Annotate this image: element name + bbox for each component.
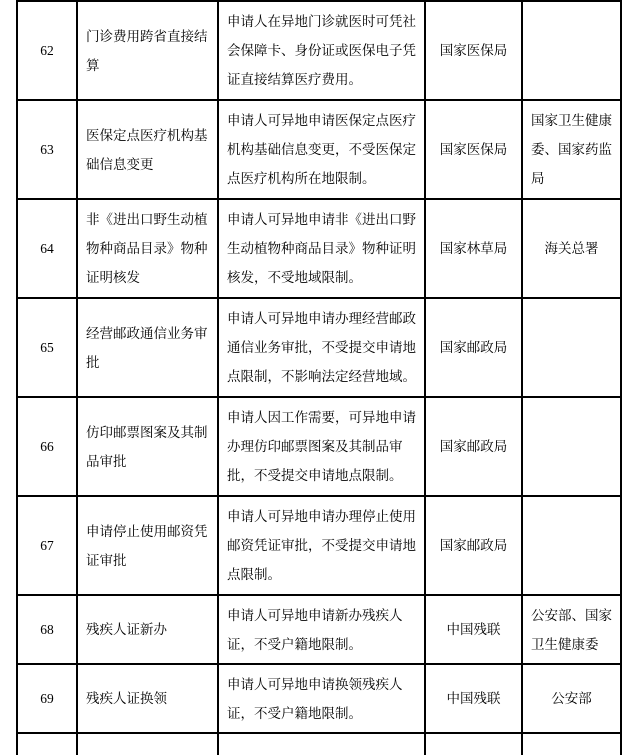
row-number-cell: 69: [17, 664, 77, 733]
agency-cell: 中国残联: [425, 595, 522, 664]
co-agency-cell: 公安部: [522, 664, 621, 733]
service-name-cell: 残疾人证新办: [77, 595, 218, 664]
row-number-cell: 66: [17, 397, 77, 496]
row-number-cell: 62: [17, 1, 77, 100]
agency-cell: 国家邮政局: [425, 496, 522, 595]
co-agency-cell: 公安部、国家 卫生健康委: [522, 595, 621, 664]
service-desc-cell: 申请人可异地申请医保定点医疗 机构基础信息变更，不受医保定 点医疗机构所在地限制…: [218, 100, 425, 199]
agency-cell: 国家邮政局: [425, 397, 522, 496]
table-row: 69 残疾人证换领 申请人可异地申请换领残疾人 证，不受户籍地限制。 中国残联 …: [17, 664, 621, 733]
row-number-cell: 63: [17, 100, 77, 199]
cross-region-services-table: 62 门诊费用跨省直接结 算 申请人在异地门诊就医时可凭社 会保障卡、身份证或医…: [16, 0, 622, 755]
co-agency-cell: 海关总署: [522, 199, 621, 298]
document-page: { "table": { "rows": [ { "num": "62", "n…: [0, 0, 639, 755]
service-desc-cell: 申请人可异地申请办理经营邮政 通信业务审批，不受提交申请地 点限制，不影响法定经…: [218, 298, 425, 397]
clipped-next-row: [17, 733, 621, 755]
co-agency-cell: [522, 733, 621, 755]
row-number-cell: 68: [17, 595, 77, 664]
service-desc-cell: 申请人在异地门诊就医时可凭社 会保障卡、身份证或医保电子凭 证直接结算医疗费用。: [218, 1, 425, 100]
row-number-cell: 64: [17, 199, 77, 298]
service-name-cell: 医保定点医疗机构基 础信息变更: [77, 100, 218, 199]
table-row: 64 非《进出口野生动植 物种商品目录》物种 证明核发 申请人可异地申请非《进出…: [17, 199, 621, 298]
service-desc-cell: 申请人可异地申请换领残疾人 证，不受户籍地限制。: [218, 664, 425, 733]
co-agency-cell: 国家卫生健康 委、国家药监 局: [522, 100, 621, 199]
co-agency-cell: [522, 397, 621, 496]
co-agency-cell: [522, 298, 621, 397]
service-desc-cell: 申请人可异地申请非《进出口野 生动植物种商品目录》物种证明 核发，不受地域限制。: [218, 199, 425, 298]
table-row: 68 残疾人证新办 申请人可异地申请新办残疾人 证，不受户籍地限制。 中国残联 …: [17, 595, 621, 664]
co-agency-cell: [522, 496, 621, 595]
table-row: 63 医保定点医疗机构基 础信息变更 申请人可异地申请医保定点医疗 机构基础信息…: [17, 100, 621, 199]
agency-cell: [425, 733, 522, 755]
co-agency-cell: [522, 1, 621, 100]
service-name-cell: 残疾人证换领: [77, 664, 218, 733]
service-desc-cell: [218, 733, 425, 755]
service-desc-cell: 申请人因工作需要，可异地申请 办理仿印邮票图案及其制品审 批，不受提交申请地点限…: [218, 397, 425, 496]
service-name-cell: 仿印邮票图案及其制 品审批: [77, 397, 218, 496]
table-row: 66 仿印邮票图案及其制 品审批 申请人因工作需要，可异地申请 办理仿印邮票图案…: [17, 397, 621, 496]
service-name-cell: 门诊费用跨省直接结 算: [77, 1, 218, 100]
agency-cell: 国家医保局: [425, 1, 522, 100]
service-name-cell: 非《进出口野生动植 物种商品目录》物种 证明核发: [77, 199, 218, 298]
agency-cell: 国家林草局: [425, 199, 522, 298]
table-row: 67 申请停止使用邮资凭 证审批 申请人可异地申请办理停止使用 邮资凭证审批，不…: [17, 496, 621, 595]
row-number-cell: 65: [17, 298, 77, 397]
row-number-cell: 67: [17, 496, 77, 595]
service-name-cell: [77, 733, 218, 755]
service-desc-cell: 申请人可异地申请办理停止使用 邮资凭证审批，不受提交申请地 点限制。: [218, 496, 425, 595]
table-row: 62 门诊费用跨省直接结 算 申请人在异地门诊就医时可凭社 会保障卡、身份证或医…: [17, 1, 621, 100]
row-number-cell: [17, 733, 77, 755]
agency-cell: 国家医保局: [425, 100, 522, 199]
cross-region-services-table-wrap: 62 门诊费用跨省直接结 算 申请人在异地门诊就医时可凭社 会保障卡、身份证或医…: [16, 0, 622, 755]
service-name-cell: 经营邮政通信业务审 批: [77, 298, 218, 397]
table-row: 65 经营邮政通信业务审 批 申请人可异地申请办理经营邮政 通信业务审批，不受提…: [17, 298, 621, 397]
agency-cell: 国家邮政局: [425, 298, 522, 397]
service-desc-cell: 申请人可异地申请新办残疾人 证，不受户籍地限制。: [218, 595, 425, 664]
service-name-cell: 申请停止使用邮资凭 证审批: [77, 496, 218, 595]
agency-cell: 中国残联: [425, 664, 522, 733]
